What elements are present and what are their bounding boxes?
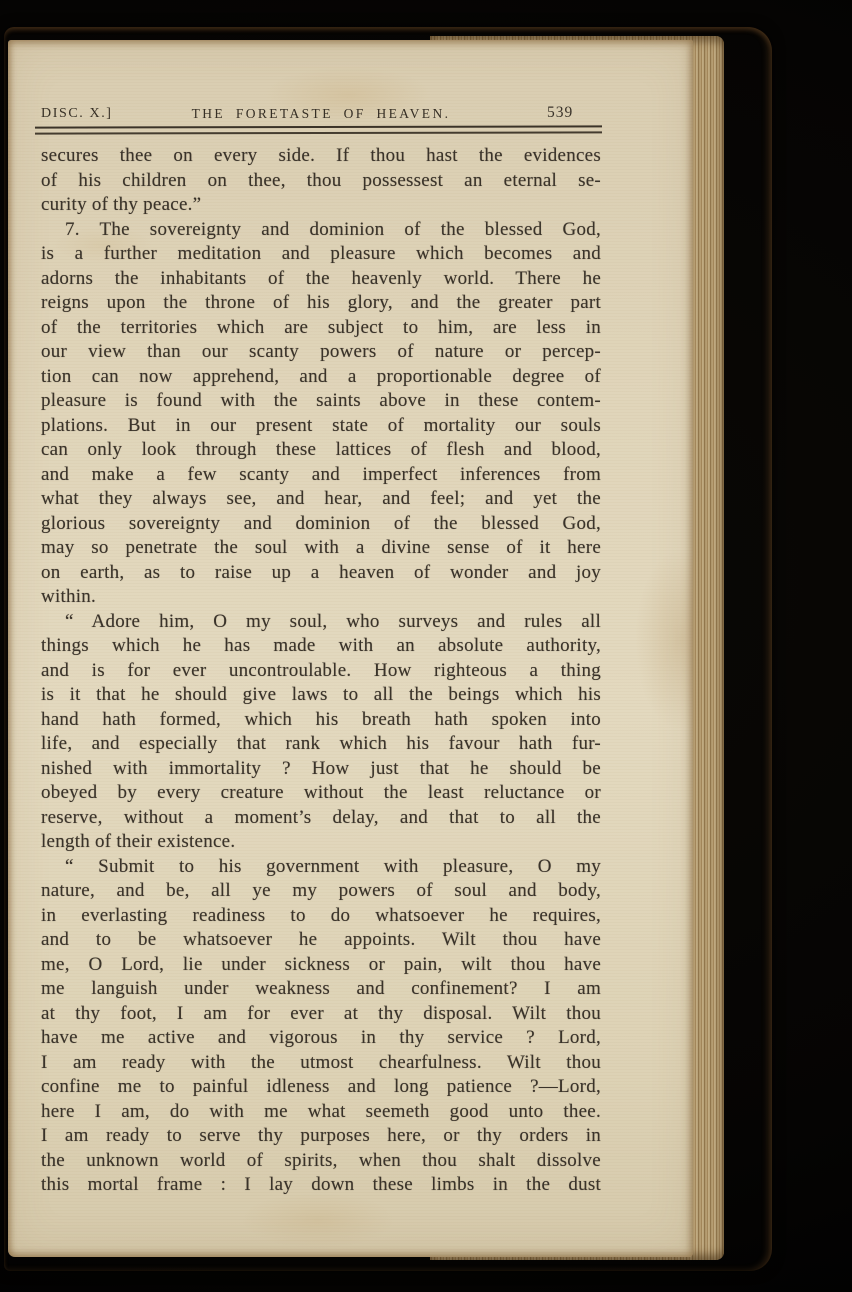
text-line: reigns upon the throne of his glory, and…	[41, 291, 601, 316]
scan-background: DISC. X.] THE FORETASTE OF HEAVEN. 539 s…	[0, 0, 852, 1292]
text-line: obeyed by every creature without the lea…	[41, 781, 601, 806]
running-title: THE FORETASTE OF HEAVEN.	[121, 106, 521, 122]
text-line: at thy foot, I am for ever at thy dispos…	[41, 1002, 601, 1027]
page-text: secures thee on every side. If thou hast…	[41, 144, 601, 1198]
text-line: hand hath formed, which his breath hath …	[41, 708, 601, 733]
text-line: confine me to painful idleness and long …	[41, 1075, 601, 1100]
text-line: I am ready to serve thy purposes here, o…	[41, 1124, 601, 1149]
page-number: 539	[547, 104, 573, 122]
text-line: the unknown world of spirits, when thou …	[41, 1149, 601, 1174]
text-line: plations. But in our present state of mo…	[41, 414, 601, 439]
text-line: on earth, as to raise up a heaven of won…	[41, 561, 601, 586]
text-line: what they always see, and hear, and feel…	[41, 487, 601, 512]
text-line: me languish under weakness and confineme…	[41, 977, 601, 1002]
book-page: DISC. X.] THE FORETASTE OF HEAVEN. 539 s…	[8, 40, 693, 1257]
text-line: and to be whatsoever he appoints. Wilt t…	[41, 928, 601, 953]
text-line: reserve, without a moment’s delay, and t…	[41, 806, 601, 831]
text-line: in everlasting readiness to do whatsoeve…	[41, 904, 601, 929]
text-line: pleasure is found with the saints above …	[41, 389, 601, 414]
text-line: “ Submit to his government with pleasure…	[41, 855, 601, 880]
text-line: “ Adore him, O my soul, who surveys and …	[41, 610, 601, 635]
text-line: is it that he should give laws to all th…	[41, 683, 601, 708]
text-line: is a further meditation and pleasure whi…	[41, 242, 601, 267]
header-rule	[35, 125, 602, 134]
text-line: 7. The sovereignty and dominion of the b…	[41, 218, 601, 243]
text-line: I am ready with the utmost chearfulness.…	[41, 1051, 601, 1076]
text-line: within.	[41, 585, 601, 610]
text-line: nished with immortality ? How just that …	[41, 757, 601, 782]
text-line: length of their existence.	[41, 830, 601, 855]
text-line: may so penetrate the soul with a divine …	[41, 536, 601, 561]
discourse-label: DISC. X.]	[41, 106, 113, 122]
text-line: curity of thy peace.”	[41, 193, 601, 218]
text-line: glorious sovereignty and dominion of the…	[41, 512, 601, 537]
text-line: of the territories which are subject to …	[41, 316, 601, 341]
text-line: and is for ever uncontroulable. How righ…	[41, 659, 601, 684]
text-line: here I am, do with me what seemeth good …	[41, 1100, 601, 1125]
text-line: this mortal frame : I lay down these lim…	[41, 1173, 601, 1198]
text-line: our view than our scanty powers of natur…	[41, 340, 601, 365]
page-header: DISC. X.] THE FORETASTE OF HEAVEN. 539	[41, 104, 601, 124]
text-line: of his children on thee, thou possessest…	[41, 169, 601, 194]
text-line: me, O Lord, lie under sickness or pain, …	[41, 953, 601, 978]
text-line: things which he has made with an absolut…	[41, 634, 601, 659]
text-line: secures thee on every side. If thou hast…	[41, 144, 601, 169]
text-line: adorns the inhabitants of the heavenly w…	[41, 267, 601, 292]
text-line: and make a few scanty and imperfect infe…	[41, 463, 601, 488]
text-line: can only look through these lattices of …	[41, 438, 601, 463]
text-line: have me active and vigorous in thy servi…	[41, 1026, 601, 1051]
text-line: tion can now apprehend, and a proportion…	[41, 365, 601, 390]
text-line: life, and especially that rank which his…	[41, 732, 601, 757]
text-line: nature, and be, all ye my powers of soul…	[41, 879, 601, 904]
